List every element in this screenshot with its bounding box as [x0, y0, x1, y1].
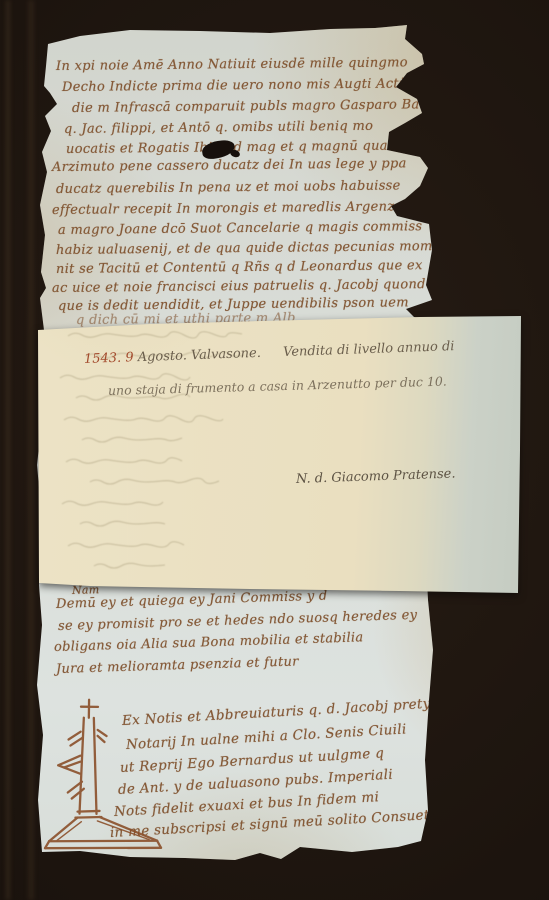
archivist-slip: 1543. 9 Agosto. Valvasone. Vendita di li… — [0, 0, 549, 900]
archivist-slip-wrap: 1543. 9 Agosto. Valvasone. Vendita di li… — [0, 0, 549, 900]
manuscript-photo: In xpi noie Amē Anno Natiuit eiusdē mill… — [0, 0, 549, 900]
slip-date: 1543. 9 — [84, 350, 134, 367]
